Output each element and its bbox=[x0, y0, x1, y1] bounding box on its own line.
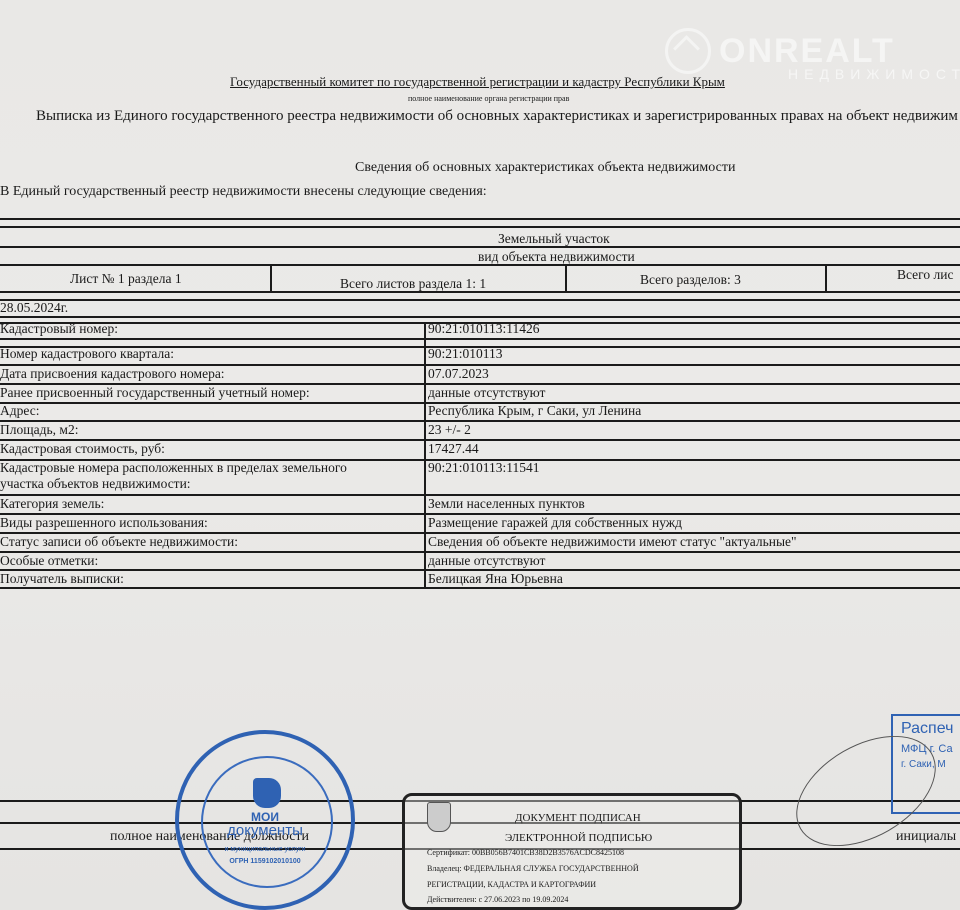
row-value: данные отсутствуют bbox=[428, 385, 545, 401]
row-value: Республика Крым, г Саки, ул Ленина bbox=[428, 403, 641, 419]
moi-dokumenty-logo-icon bbox=[253, 778, 281, 808]
row-label: Статус записи об объекте недвижимости: bbox=[0, 534, 238, 550]
mfc-seal: МОИ документы и муниципальные услуги ОГР… bbox=[175, 730, 355, 910]
row-value: 23 +/- 2 bbox=[428, 422, 471, 438]
row-value: 90:21:010113 bbox=[428, 346, 503, 362]
row-label: Ранее присвоенный государственный учетны… bbox=[0, 385, 310, 401]
seal-ogrn: ОГРН 1159102010100 bbox=[179, 858, 351, 865]
row-label: Виды разрешенного использования: bbox=[0, 515, 208, 531]
watermark-subtitle: НЕДВИЖИМОСТЬ bbox=[788, 66, 960, 82]
seal-text: и муниципальные услуги bbox=[179, 846, 351, 853]
row-value: 90:21:010113:11541 bbox=[428, 460, 540, 476]
sheets-in-section: Всего листов раздела 1: 1 bbox=[340, 276, 486, 292]
extract-title: Выписка из Единого государственного реес… bbox=[36, 108, 958, 125]
row-label: Площадь, м2: bbox=[0, 422, 78, 438]
electronic-signature-box: ДОКУМЕНТ ПОДПИСАН ЭЛЕКТРОННОЙ ПОДПИСЬЮ С… bbox=[402, 793, 742, 910]
row-value: Сведения об объекте недвижимости имеют с… bbox=[428, 534, 797, 550]
signature-subtitle: ЭЛЕКТРОННОЙ ПОДПИСЬЮ bbox=[505, 832, 652, 844]
printed-stamp-title: Распеч bbox=[901, 720, 953, 738]
row-label-continued: участка объектов недвижимости: bbox=[0, 476, 191, 492]
row-label: Кадастровая стоимость, руб: bbox=[0, 441, 165, 457]
certificate-owner-continued: РЕГИСТРАЦИИ, КАДАСТРА И КАРТОГРАФИИ bbox=[427, 880, 596, 889]
row-label: Кадастровый номер: bbox=[0, 321, 118, 337]
organization-name: Государственный комитет по государственн… bbox=[230, 74, 725, 90]
initials-caption: инициалы bbox=[896, 829, 956, 845]
row-value: 17427.44 bbox=[428, 441, 479, 457]
row-label: Кадастровые номера расположенных в преде… bbox=[0, 460, 347, 476]
signature-title: ДОКУМЕНТ ПОДПИСАН bbox=[515, 812, 641, 824]
row-value: Белицкая Яна Юрьевна bbox=[428, 571, 563, 587]
watermark-brand: ONREALT bbox=[719, 32, 895, 71]
row-label: Особые отметки: bbox=[0, 553, 98, 569]
total-sections: Всего разделов: 3 bbox=[640, 272, 741, 288]
object-type: Земельный участок bbox=[498, 231, 610, 247]
organization-caption: полное наименование органа регистрации п… bbox=[408, 94, 569, 103]
total-sheets: Всего лис bbox=[897, 267, 953, 283]
row-value: 90:21:010113:11426 bbox=[428, 321, 540, 337]
section-title: Сведения об основных характеристиках объ… bbox=[355, 160, 735, 176]
row-value: Земли населенных пунктов bbox=[428, 496, 585, 512]
row-label: Получатель выписки: bbox=[0, 571, 124, 587]
intro-text: В Единый государственный реестр недвижим… bbox=[0, 184, 487, 200]
certificate-owner: Владелец: ФЕДЕРАЛЬНАЯ СЛУЖБА ГОСУДАРСТВЕ… bbox=[427, 864, 639, 873]
row-label: Дата присвоения кадастрового номера: bbox=[0, 366, 225, 382]
sheet-number: Лист № 1 раздела 1 bbox=[70, 271, 182, 287]
object-type-caption: вид объекта недвижимости bbox=[478, 249, 635, 265]
row-label: Адрес: bbox=[0, 403, 39, 419]
row-value: 07.07.2023 bbox=[428, 366, 489, 382]
coat-of-arms-icon bbox=[427, 802, 451, 832]
row-label: Номер кадастрового квартала: bbox=[0, 346, 174, 362]
row-value: Размещение гаражей для собственных нужд bbox=[428, 515, 682, 531]
certificate-validity: Действителен: с 27.06.2023 по 19.09.2024 bbox=[427, 895, 568, 904]
extract-date: 28.05.2024г. bbox=[0, 300, 68, 316]
seal-brand-secondary: документы bbox=[179, 822, 351, 839]
certificate-id: Сертификат: 00BB056B7401CB38D2B3576ACDC8… bbox=[427, 848, 624, 857]
row-label: Категория земель: bbox=[0, 496, 104, 512]
house-icon bbox=[665, 28, 711, 74]
row-value: данные отсутствуют bbox=[428, 553, 545, 569]
